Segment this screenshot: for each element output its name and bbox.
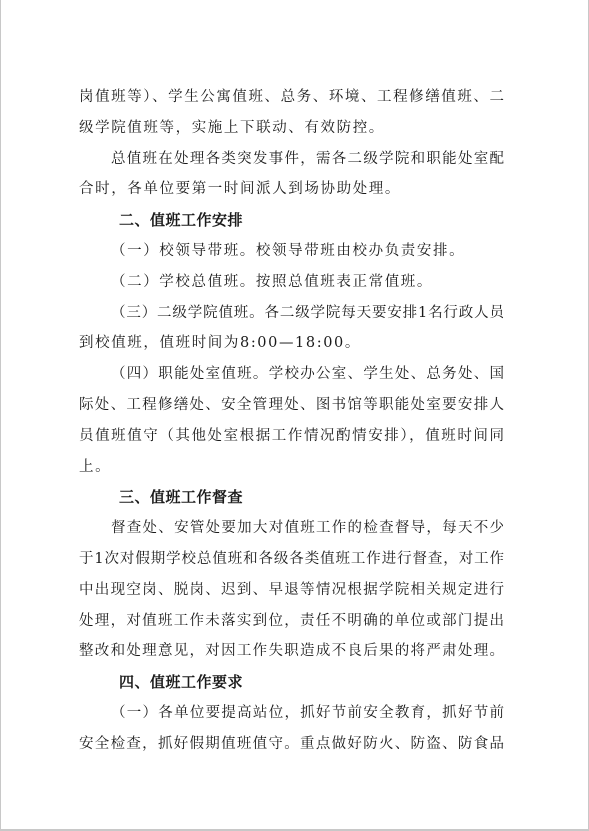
- paragraph-line: 员值班值守（其他处室根据工作情况酌情安排），值班时间同: [79, 421, 504, 452]
- section-heading: 二、值班工作安排: [79, 205, 504, 236]
- paragraph-line: 际处、工程修缮处、安全管理处、图书馆等职能处室要安排人: [79, 390, 504, 421]
- paragraph-line: 岗值班等）、学生公寓值班、总务、环境、工程修缮值班、二: [79, 82, 504, 113]
- document-page: 岗值班等）、学生公寓值班、总务、环境、工程修缮值班、二 级学院值班等，实施上下联…: [0, 0, 589, 831]
- paragraph-line: 安全检查，抓好假期值班值守。重点做好防火、防盗、防食品: [79, 729, 504, 760]
- paragraph-line: 整改和处理意见，对因工作失职造成不良后果的将严肃处理。: [79, 636, 504, 667]
- paragraph-line: 督查处、安管处要加大对值班工作的检查督导，每天不少: [79, 513, 504, 544]
- paragraph-line: （三）二级学院值班。各二级学院每天要安排1名行政人员: [79, 298, 504, 329]
- section-heading: 三、值班工作督查: [79, 482, 504, 513]
- document-body: 岗值班等）、学生公寓值班、总务、环境、工程修缮值班、二 级学院值班等，实施上下联…: [79, 82, 504, 760]
- paragraph-line: 到校值班，值班时间为8:00—18:00。: [79, 328, 504, 359]
- paragraph-line: （一）各单位要提高站位，抓好节前安全教育，抓好节前: [79, 698, 504, 729]
- paragraph-line: （一）校领导带班。校领导带班由校办负责安排。: [79, 236, 504, 267]
- paragraph-line: 总值班在处理各类突发事件，需各二级学院和职能处室配: [79, 144, 504, 175]
- paragraph-line: 级学院值班等，实施上下联动、有效防控。: [79, 113, 504, 144]
- section-heading: 四、值班工作要求: [79, 667, 504, 698]
- paragraph-line: 合时，各单位要第一时间派人到场协助处理。: [79, 174, 504, 205]
- paragraph-line: 处理，对值班工作未落实到位，责任不明确的单位或部门提出: [79, 606, 504, 637]
- paragraph-line: （四）职能处室值班。学校办公室、学生处、总务处、国: [79, 359, 504, 390]
- paragraph-line: （二）学校总值班。按照总值班表正常值班。: [79, 267, 504, 298]
- paragraph-line: 于1次对假期学校总值班和各级各类值班工作进行督查，对工作: [79, 544, 504, 575]
- paragraph-line: 上。: [79, 452, 504, 483]
- paragraph-line: 中出现空岗、脱岗、迟到、早退等情况根据学院相关规定进行: [79, 575, 504, 606]
